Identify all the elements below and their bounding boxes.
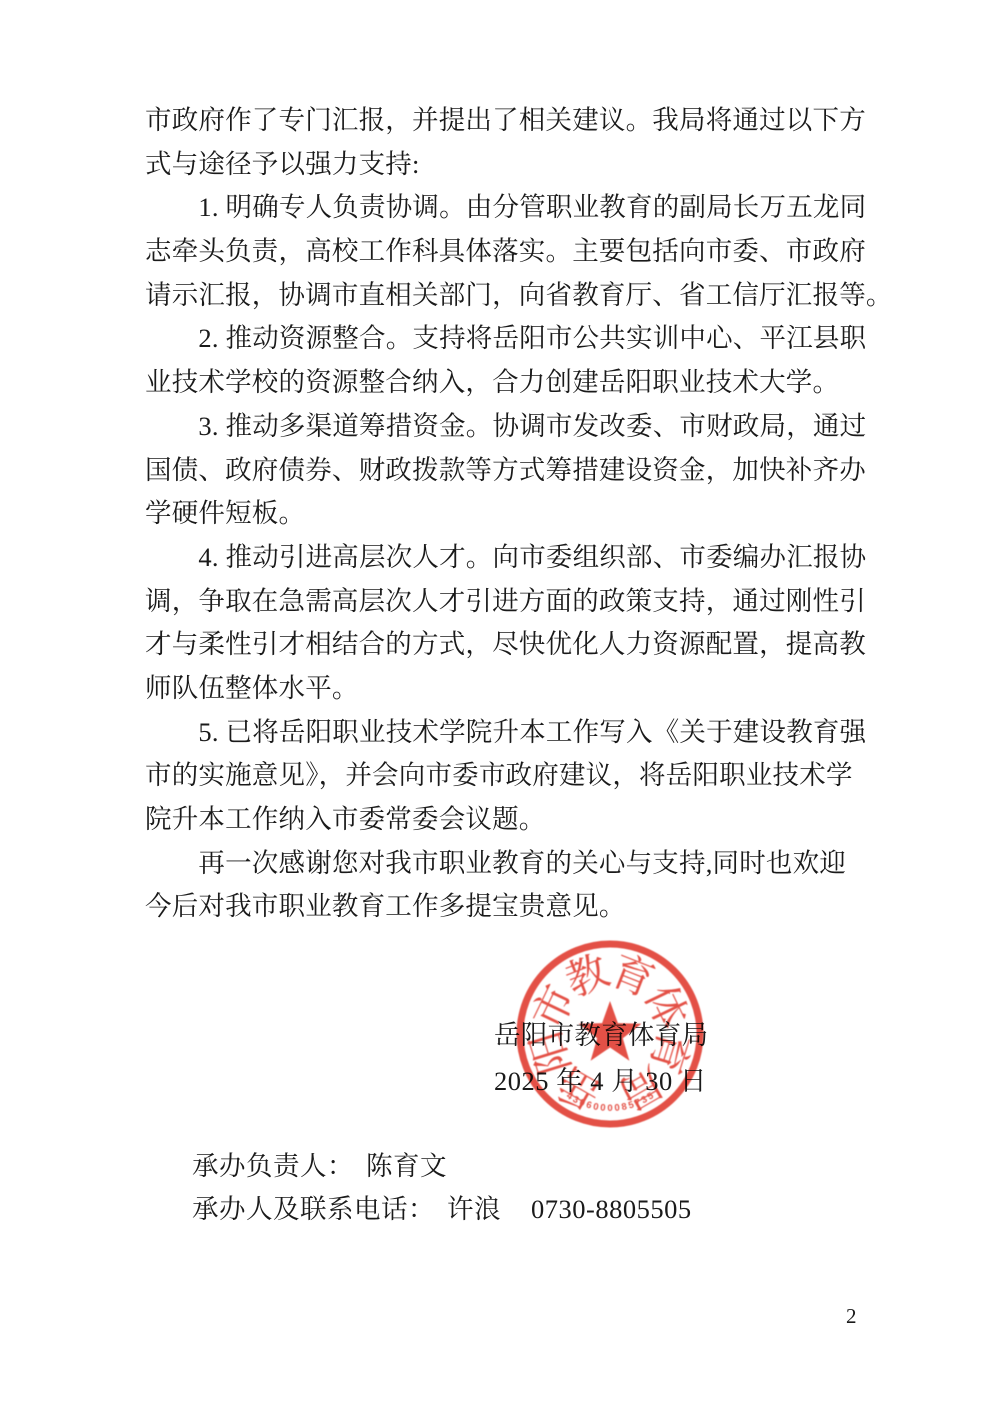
svg-text:6: 6 <box>585 1099 593 1111</box>
body-line: 国债、政府债券、财政拨款等方式筹措建设资金，加快补齐办 <box>145 449 880 493</box>
svg-text:教: 教 <box>560 948 616 1006</box>
contact-manager-line: 承办负责人：陈育文 <box>192 1151 447 1181</box>
body-line: 请示汇报，协调市直相关部门，向省教育厅、省工信厅汇报等。 <box>145 274 880 318</box>
svg-text:0: 0 <box>600 1102 606 1113</box>
contact-handler-name: 许浪 <box>447 1194 501 1224</box>
body-line: 2. 推动资源整合。支持将岳阳市公共实训中心、平江县职 <box>145 317 880 361</box>
svg-text:0: 0 <box>607 1103 612 1114</box>
letter-body: 市政府作了专门汇报，并提出了相关建议。我局将通过以下方 式与途径予以强力支持: … <box>145 99 880 929</box>
contact-handler-label: 承办人及联系电话： <box>192 1194 435 1224</box>
svg-text:0: 0 <box>578 1097 587 1109</box>
body-line: 才与柔性引才相结合的方式，尽快优化人力资源配置，提高教 <box>145 623 880 667</box>
body-line: 院升本工作纳入市委常委会议题。 <box>145 798 880 842</box>
body-line: 再一次感谢您对我市职业教育的关心与支持,同时也欢迎 <box>145 842 880 886</box>
svg-text:5: 5 <box>627 1099 636 1111</box>
signature-agency: 岳阳市教育体育局 <box>494 1020 708 1050</box>
signature-date: 2025 年 4 月 30 日 <box>494 1066 707 1096</box>
svg-text:0: 0 <box>614 1102 620 1113</box>
contact-phone: 0730-8805505 <box>531 1194 692 1224</box>
page-number: 2 <box>846 1304 857 1328</box>
body-line: 5. 已将岳阳职业技术学院升本工作写入《关于建设教育强 <box>145 711 880 755</box>
document-page: 市政府作了专门汇报，并提出了相关建议。我局将通过以下方 式与途径予以强力支持: … <box>0 0 1000 1414</box>
body-line: 今后对我市职业教育工作多提宝贵意见。 <box>145 885 880 929</box>
body-line: 1. 明确专人负责协调。由分管职业教育的副局长万五龙同 <box>145 186 880 230</box>
body-line: 志牵头负责，高校工作科具体落实。主要包括向市委、市政府 <box>145 230 880 274</box>
svg-text:0: 0 <box>592 1101 599 1113</box>
contact-manager-label: 承办负责人： <box>192 1151 354 1181</box>
body-line: 师队伍整体水平。 <box>145 667 880 711</box>
body-line: 3. 推动多渠道筹措资金。协调市发改委、市财政局，通过 <box>145 405 880 449</box>
body-line: 市的实施意见》，并会向市委市政府建议，将岳阳职业技术学 <box>145 754 880 798</box>
body-line: 学硬件短板。 <box>145 492 880 536</box>
svg-text:7: 7 <box>633 1097 642 1109</box>
contact-handler-line: 承办人及联系电话：许浪0730-8805505 <box>192 1194 692 1224</box>
body-line: 式与途径予以强力支持: <box>145 143 880 187</box>
svg-text:育: 育 <box>604 947 660 1006</box>
body-line: 市政府作了专门汇报，并提出了相关建议。我局将通过以下方 <box>145 99 880 143</box>
body-line: 业技术学校的资源整合纳入，合力创建岳阳职业技术大学。 <box>145 361 880 405</box>
svg-text:8: 8 <box>621 1101 628 1113</box>
body-line: 调，争取在急需高层次人才引进方面的政策支持，通过刚性引 <box>145 580 880 624</box>
contact-manager-name: 陈育文 <box>366 1151 447 1181</box>
body-line: 4. 推动引进高层次人才。向市委组织部、市委编办汇报协 <box>145 536 880 580</box>
